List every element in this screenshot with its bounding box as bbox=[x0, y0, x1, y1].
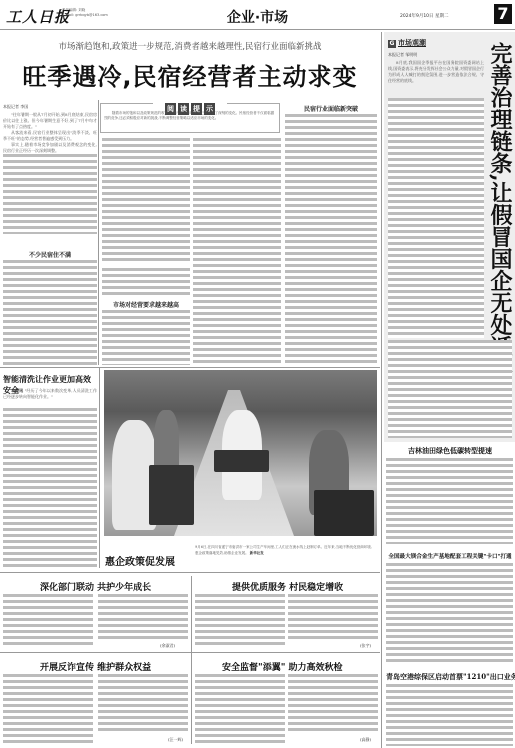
section-divider bbox=[0, 652, 380, 653]
lead-subhead-1: 不少民宿住不满 bbox=[3, 250, 97, 259]
body-text-block bbox=[3, 674, 93, 744]
body-text-block bbox=[3, 260, 97, 365]
body-text-block bbox=[98, 674, 188, 734]
body-text-block bbox=[195, 594, 285, 646]
column-title: 完善治理链条,让假冒国企无处遁形 bbox=[487, 42, 513, 380]
photo-crate bbox=[214, 450, 269, 472]
body-text-block bbox=[98, 594, 188, 640]
lead-kicker: 市场渐趋饱和,政策进一步规范,消费者越来越理性,民宿行业面临新挑战 bbox=[0, 40, 380, 52]
photo-caption-text: 9月6日,在四川省遂宁市射洪市一家公司生产车间里,工人们正在流水线上赶制订单。近… bbox=[195, 545, 372, 555]
lead-paragraph: "往年暑期一般从7月初开始,到8月底结束,民宿房价比以往上涨。但今年暑期生意不好… bbox=[3, 112, 97, 130]
masthead-rule bbox=[0, 29, 515, 30]
column-name: 市场观潮 bbox=[398, 39, 426, 47]
news-brief-title: 青岛空港综保区启动首票"1210"出口业务 bbox=[386, 672, 514, 682]
reading-tips-text: 随着市场的饱和以及政策规范的收紧,民宿行业的市场环境已经发生了深刻的变化。民宿经… bbox=[104, 111, 276, 121]
section-divider bbox=[0, 572, 380, 573]
body-text-block bbox=[386, 458, 513, 544]
body-text-block bbox=[3, 408, 97, 568]
page-number: 7 bbox=[494, 4, 512, 24]
photo-credit: 新华社发 bbox=[250, 551, 264, 555]
news-brief-title: 吉林油田绿色低碳转型提速 bbox=[386, 446, 514, 456]
body-text-block bbox=[388, 340, 512, 438]
lead-byline: 本报记者 李国 bbox=[3, 104, 28, 110]
photo-bench bbox=[314, 490, 374, 536]
bottom-story-title: 提供优质服务 村民稳定增收 bbox=[232, 580, 343, 593]
section-divider bbox=[0, 367, 380, 368]
lead-subhead-3: 民宿行业面临新突破 bbox=[285, 104, 377, 113]
bottom-story-title: 深化部门联动 共护少年成长 bbox=[40, 580, 151, 593]
factory-photo bbox=[104, 370, 377, 536]
lead-body-col1: "往年暑期一般从7月初开始,到8月底结束,民宿房价比以往上涨。但今年暑期生意不好… bbox=[3, 112, 97, 248]
column-lead: 8月底,我国国企季报平台在国务院国资委网站上线,国资委表示,将充分发挥社会公众力… bbox=[388, 60, 484, 96]
market-column-header: G市场观潮 bbox=[388, 38, 426, 48]
column-logo-icon: G bbox=[388, 40, 396, 48]
column-divider bbox=[381, 32, 382, 748]
side-story-lead-tag: 本报讯 bbox=[11, 388, 23, 393]
body-text-block bbox=[102, 310, 190, 365]
bottom-story-credit: (高静) bbox=[360, 737, 371, 743]
lead-paragraph: 事实上,随着市场竞争加剧以及消费观念的变化,民宿行业正经历一次深刻调整。 bbox=[3, 142, 97, 154]
reading-tips-label: 阅读提示 bbox=[153, 96, 227, 108]
body-text-block bbox=[193, 138, 281, 365]
body-text-block bbox=[3, 594, 93, 646]
bottom-story-credit: (张宇) bbox=[360, 643, 371, 649]
body-text-block bbox=[288, 594, 378, 640]
bottom-story-credit: (汪一辉) bbox=[168, 737, 183, 743]
photo-bench bbox=[149, 465, 194, 525]
body-text-block bbox=[386, 684, 513, 746]
column-divider bbox=[98, 100, 99, 365]
body-text-block bbox=[386, 563, 513, 663]
body-text-block bbox=[195, 674, 285, 744]
side-story-lead: 本报讯 "经历了今年以来数次变革,人员清洗工作已经逐步转向智能化作业。" bbox=[3, 388, 97, 408]
bottom-story-title: 开展反诈宣传 维护群众权益 bbox=[40, 660, 151, 673]
issue-date: 2024年9月10日 星期二 bbox=[400, 13, 448, 19]
body-text-block bbox=[285, 114, 377, 365]
lead-headline: 旺季遇冷,民宿经营者主动求变 bbox=[0, 57, 380, 92]
column-byline: 本报记者 邹明明 bbox=[388, 52, 417, 58]
news-brief-title: 全国最大镁合金生产基地配套工程关键"卡口"打通 bbox=[386, 552, 514, 560]
body-text-block bbox=[102, 268, 190, 296]
body-text-block bbox=[102, 138, 190, 263]
body-text-block bbox=[3, 154, 97, 234]
column-divider bbox=[99, 368, 100, 568]
lead-subhead-2: 市场对经营要求越来越高 bbox=[102, 300, 190, 309]
column-divider bbox=[191, 576, 192, 744]
bottom-story-credit: (余淑君) bbox=[160, 643, 175, 649]
body-text-block bbox=[388, 98, 484, 338]
lead-paragraph: 从客流来看,民宿行业整体呈现出"淡季不淡、旺季不旺"的态势,经营者普遍感受到压力… bbox=[3, 130, 97, 142]
bottom-story-title: 安全监督"添翼" 助力高效秋检 bbox=[222, 660, 343, 673]
photo-caption: 9月6日,在四川省遂宁市射洪市一家公司生产车间里,工人们正在流水线上赶制订单。近… bbox=[195, 545, 375, 556]
body-text-block bbox=[288, 674, 378, 734]
